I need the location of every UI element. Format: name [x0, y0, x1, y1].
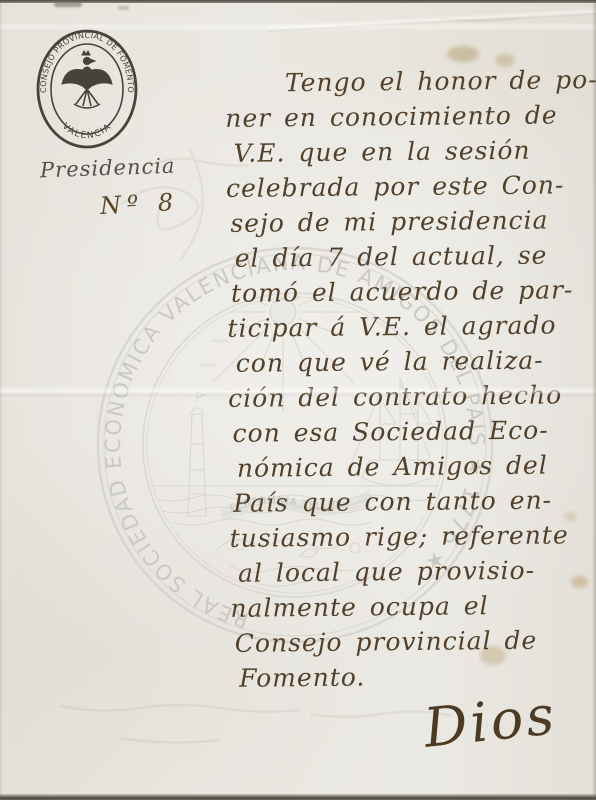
body-line: el día 7 del actual, se	[235, 237, 587, 276]
body-line: Consejo provincial de	[235, 622, 591, 661]
body-line: Tengo el honor de po-	[229, 62, 585, 101]
svg-text:·VALENCIA·: ·VALENCIA·	[57, 119, 117, 141]
body-line: con esa Sociedad Eco-	[232, 412, 588, 451]
body-line: celebrada por este Con-	[226, 167, 586, 206]
paper-stain	[480, 646, 506, 665]
edge-speck	[54, 2, 82, 7]
letter-body: Tengo el honor de po- ner en conocimient…	[225, 62, 592, 696]
presidencia-heading: Presidencia	[40, 154, 176, 183]
body-line: nómica de Amigos del	[237, 447, 589, 486]
stamp-seal: CONSEJO PROVINCIAL DE FOMENTO ·VALENCIA·	[38, 31, 136, 147]
body-line: nalmente ocupa el	[230, 587, 590, 626]
body-line: ticipar á V.E. el agrado	[227, 307, 587, 346]
paper-stain	[495, 54, 515, 67]
body-line: ción del contrato hecho	[228, 377, 588, 416]
body-line: con que vé la realiza-	[236, 342, 588, 381]
body-line: tusiasmo rige; referente	[229, 517, 589, 556]
body-line: al local que provisio-	[238, 552, 590, 591]
scanned-letter-page: REAL SOCIEDAD ECONOMICA VALENCIANA DE AM…	[0, 0, 596, 800]
paper-stain	[447, 46, 479, 62]
document-number: Nº 8	[99, 188, 180, 220]
paper-stain	[571, 576, 588, 588]
edge-speck	[118, 6, 129, 10]
body-line: tomó el acuerdo de par-	[231, 272, 587, 311]
paper-stain	[564, 512, 577, 521]
body-line: sejo de mi presidencia	[230, 202, 586, 241]
tower-icon	[188, 392, 206, 516]
eagle-crest-icon	[62, 51, 112, 108]
body-line: País que con tanto en-	[233, 482, 589, 521]
body-line: V.E. que en la sesión	[233, 132, 585, 171]
stamp-bottom-text: ·VALENCIA·	[57, 119, 117, 141]
body-line: ner en conocimiento de	[225, 97, 585, 136]
